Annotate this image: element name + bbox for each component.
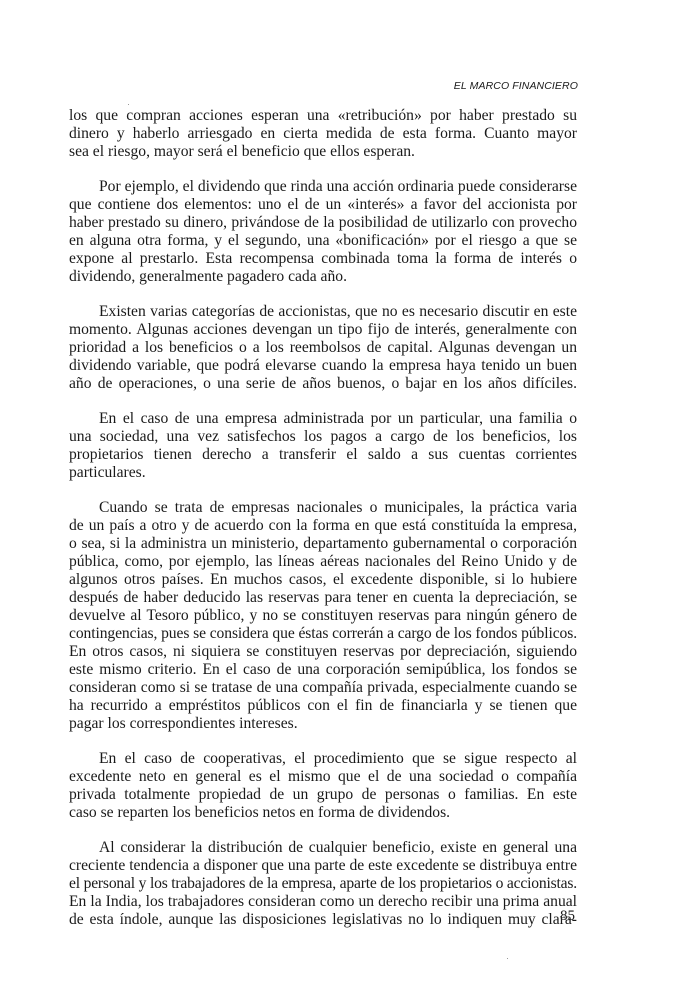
running-head: EL MARCO FINANCIERO: [454, 80, 578, 92]
text-line: este mismo criterio. En el caso de una c…: [69, 661, 577, 679]
text-line: expone al prestarlo. Esta recompensa com…: [69, 250, 577, 268]
paragraph-2: Por ejemplo, el dividendo que rinda una …: [69, 178, 577, 286]
text-line: momento. Algunas acciones devengan un ti…: [69, 321, 577, 339]
paragraph-5: Cuando se trata de empresas nacionales o…: [69, 499, 577, 733]
text-line: que contiene dos elementos: uno el de un…: [69, 196, 577, 214]
paragraph-4: En el caso de una empresa administrada p…: [69, 410, 577, 482]
text-line: Al considerar la distribución de cualqui…: [69, 839, 577, 857]
body-text: los que compran acciones esperan una «re…: [69, 107, 577, 946]
text-line: consideran como si se tratase de una com…: [69, 679, 577, 697]
text-line: caso se reparten los beneficios netos en…: [69, 804, 577, 822]
text-line: de un país a otro y de acuerdo con la fo…: [69, 517, 577, 535]
text-line: pagar los correspondientes intereses.: [69, 715, 577, 733]
paragraph-6: En el caso de cooperativas, el procedimi…: [69, 750, 577, 822]
paragraph-3: Existen varias categorías de accionistas…: [69, 303, 577, 393]
text-line: los que compran acciones esperan una «re…: [69, 107, 577, 125]
text-line: de esta índole, aunque las disposiciones…: [69, 911, 577, 929]
text-line: En la India, los trabajadores consideran…: [69, 893, 577, 911]
text-line: Existen varias categorías de accionistas…: [69, 303, 577, 321]
text-line: dinero y haberlo arriesgado en cierta me…: [69, 125, 577, 143]
text-line: contingencias, pues se considera que ést…: [69, 625, 577, 643]
text-line: propietarios tienen derecho a transferir…: [69, 446, 577, 464]
text-line: dividendo, generalmente pagadero cada añ…: [69, 268, 577, 286]
text-line: o sea, si la administra un ministerio, d…: [69, 535, 577, 553]
text-line: ha recurrido a empréstitos públicos con …: [69, 697, 577, 715]
text-line: en alguna otra forma, y el segundo, una …: [69, 232, 577, 250]
page-number: 85: [560, 908, 575, 925]
text-line: particulares.: [69, 464, 577, 482]
text-line: Cuando se trata de empresas nacionales o…: [69, 499, 577, 517]
text-line: algunos otros países. En muchos casos, e…: [69, 571, 577, 589]
paragraph-7: Al considerar la distribución de cualqui…: [69, 839, 577, 929]
paragraph-1: los que compran acciones esperan una «re…: [69, 107, 577, 161]
text-line: sea el riesgo, mayor será el beneficio q…: [69, 143, 577, 161]
book-page: EL MARCO FINANCIERO los que compran acci…: [0, 0, 685, 1005]
text-line: excedente neto en general es el mismo qu…: [69, 768, 577, 786]
text-line: prioridad a los beneficios o a los reemb…: [69, 339, 577, 357]
scan-speck: [128, 104, 129, 105]
scan-speck: [507, 958, 508, 959]
text-line: el personal y los trabajadores de la emp…: [69, 875, 577, 893]
text-line: dividendo variable, que podrá elevarse c…: [69, 357, 577, 375]
text-line: haber prestado su dinero, privándose de …: [69, 214, 577, 232]
text-line: En el caso de una empresa administrada p…: [69, 410, 577, 428]
text-line: una sociedad, una vez satisfechos los pa…: [69, 428, 577, 446]
text-line: En el caso de cooperativas, el procedimi…: [69, 750, 577, 768]
text-line: después de haber deducido las reservas p…: [69, 589, 577, 607]
text-line: pública, como, por ejemplo, las líneas a…: [69, 553, 577, 571]
text-line: devuelve al Tesoro público, y no se cons…: [69, 607, 577, 625]
text-line: creciente tendencia a disponer que una p…: [69, 857, 577, 875]
text-line: año de operaciones, o una serie de años …: [69, 375, 577, 393]
text-line: Por ejemplo, el dividendo que rinda una …: [69, 178, 577, 196]
text-line: privada totalmente propiedad de un grupo…: [69, 786, 577, 804]
text-line: En otros casos, ni siquiera se constituy…: [69, 643, 577, 661]
